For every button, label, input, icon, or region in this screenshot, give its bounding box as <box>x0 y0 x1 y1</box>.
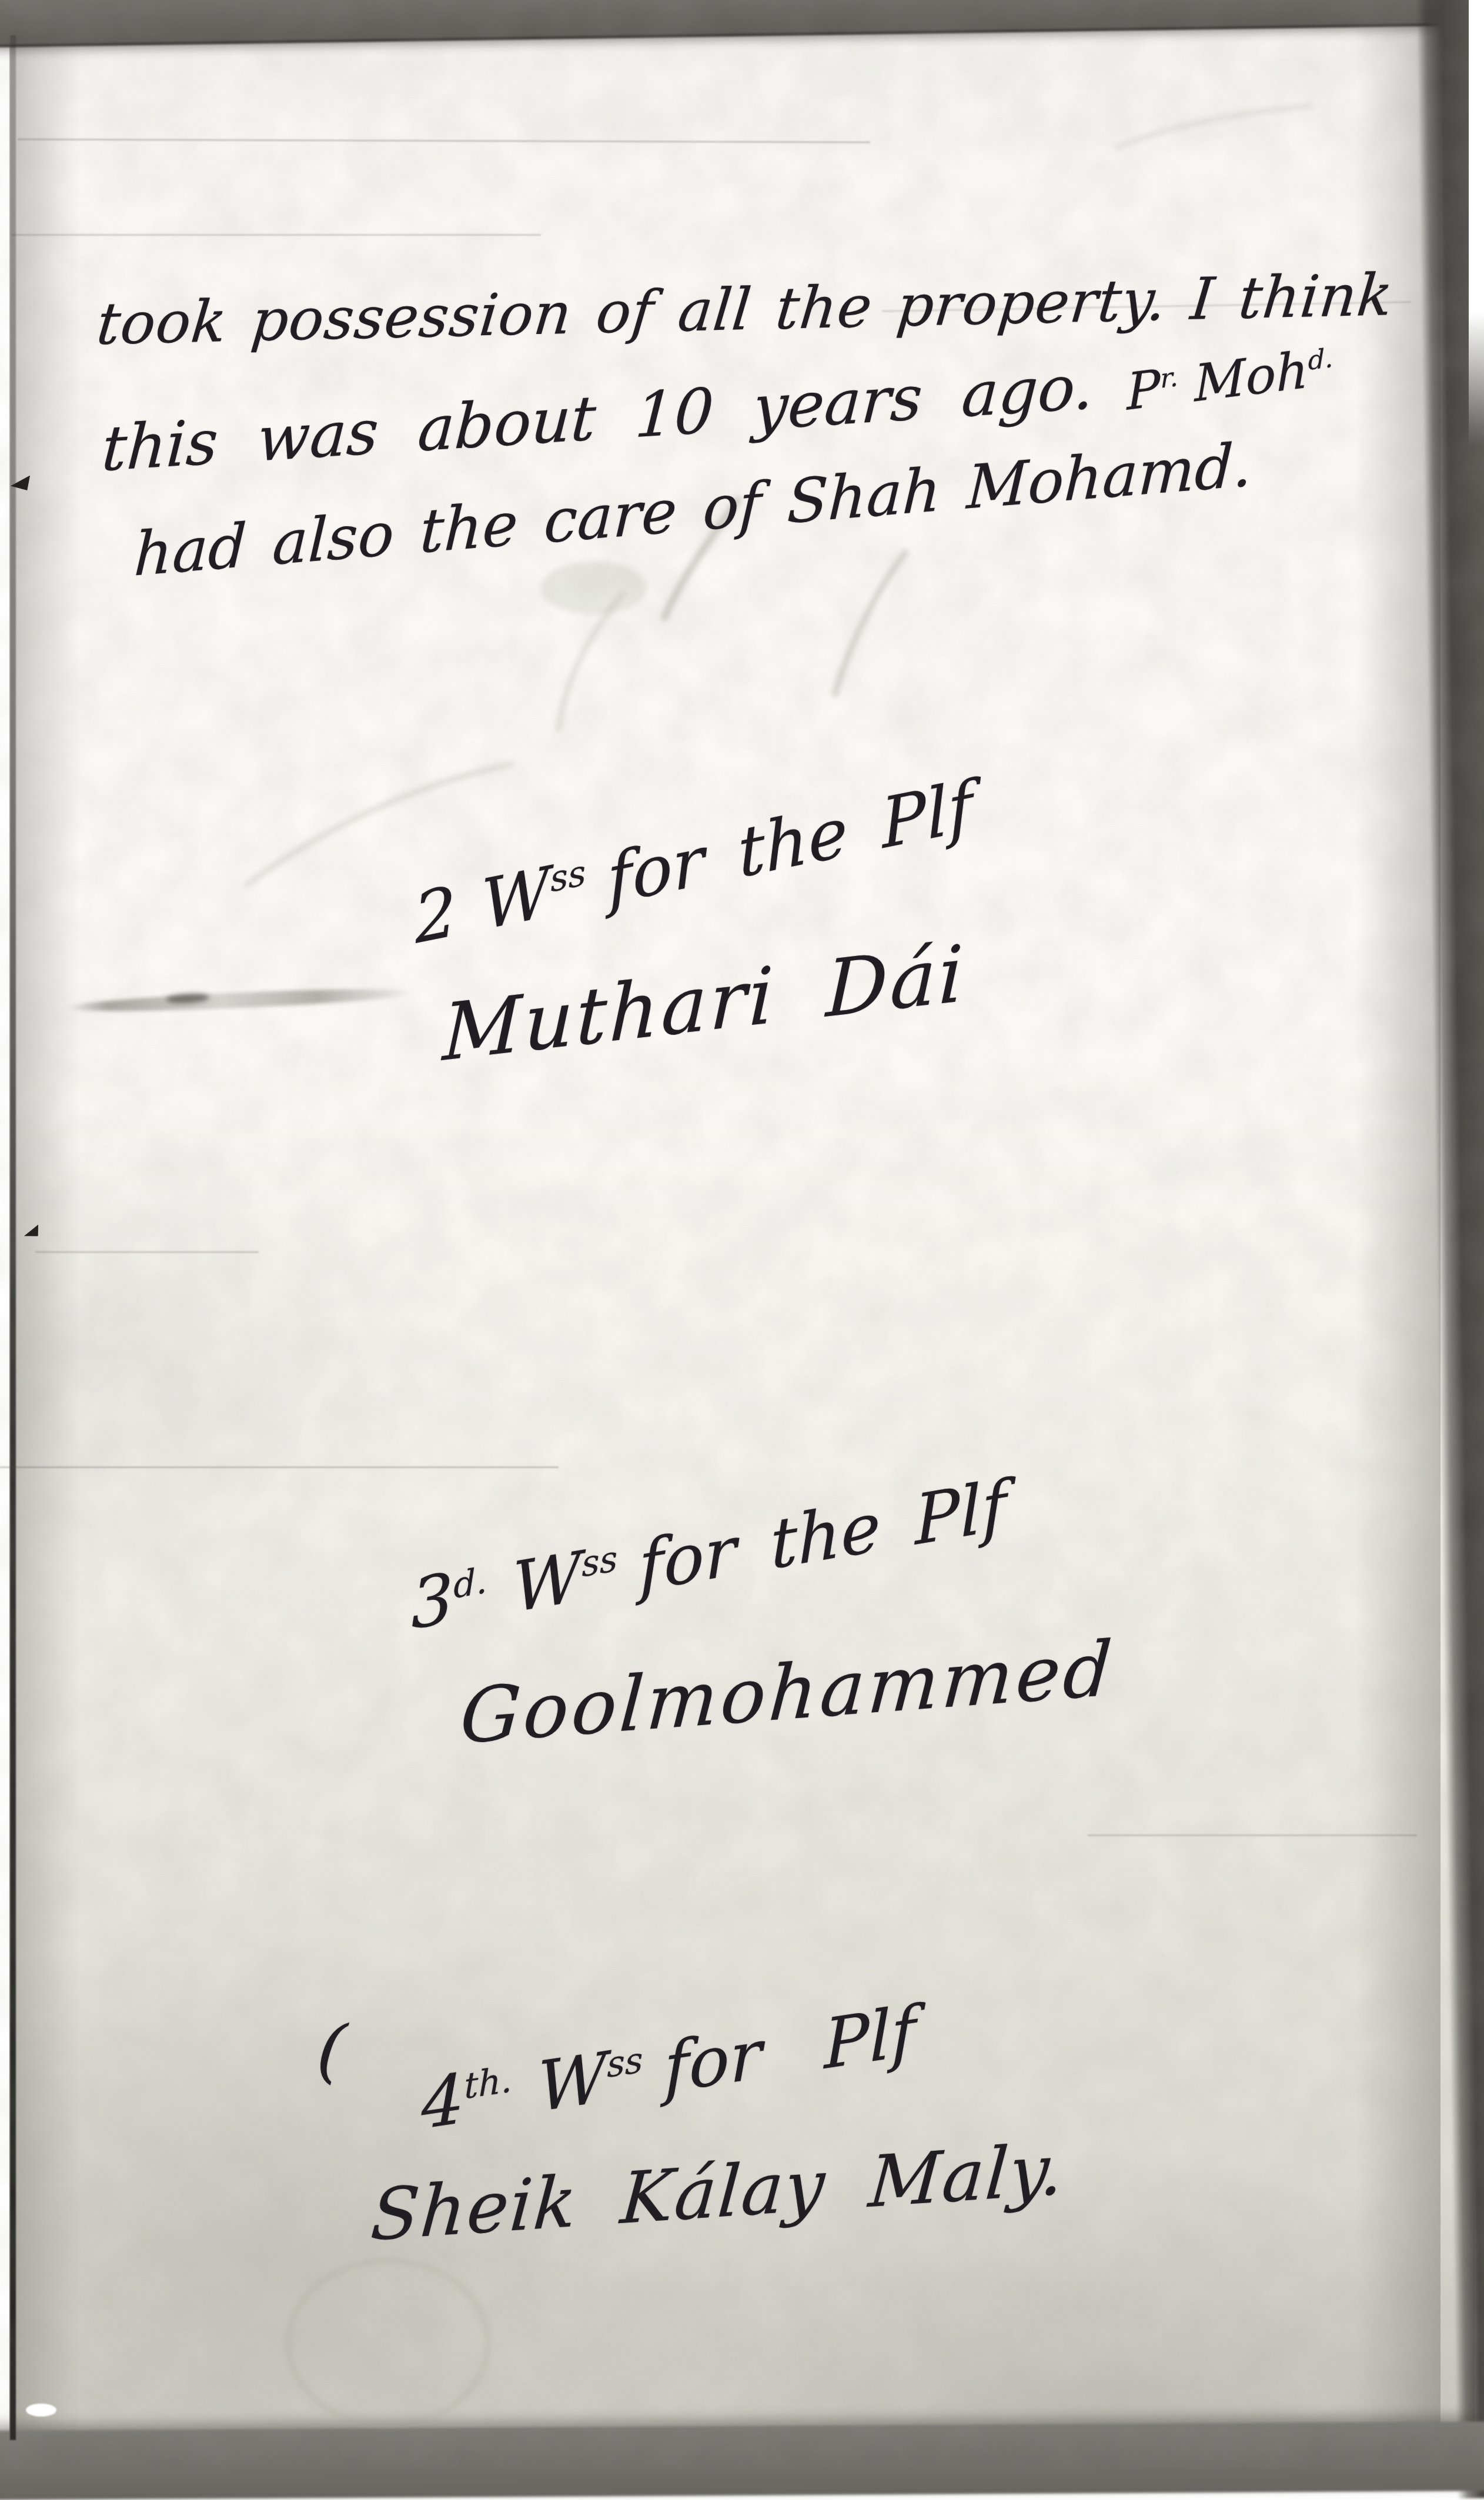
witness-abbreviation: Wss <box>537 2032 643 2128</box>
witness-ordinal: 3d. <box>410 1552 488 1645</box>
superscript: ss <box>581 1538 618 1586</box>
abbreviation-letter: W <box>512 1536 583 1628</box>
paper-speck <box>26 2404 56 2417</box>
ordinal-number: 2 <box>412 871 460 960</box>
abbreviation-letter: W <box>537 2037 607 2128</box>
witness-ordinal: 2 <box>412 871 460 960</box>
superscript: ss <box>549 852 587 901</box>
note-text: P <box>1126 359 1161 422</box>
ordinal-number: 4 <box>421 2058 464 2145</box>
scan-margin-sliver <box>1469 0 1484 447</box>
ordinal-number: 3 <box>410 1558 454 1645</box>
superscript: r. <box>1160 361 1178 395</box>
superscript: th. <box>464 2059 512 2108</box>
superscript: ss <box>607 2039 643 2086</box>
scanned-manuscript-page: took possession of all the property. I t… <box>0 0 1484 2469</box>
superscript: d. <box>1308 342 1333 377</box>
abbreviation-letter: W <box>480 852 553 946</box>
superscript: d. <box>453 1560 487 1607</box>
witness-ordinal: 4th. <box>421 2051 513 2145</box>
binding-shadow <box>10 35 16 2440</box>
